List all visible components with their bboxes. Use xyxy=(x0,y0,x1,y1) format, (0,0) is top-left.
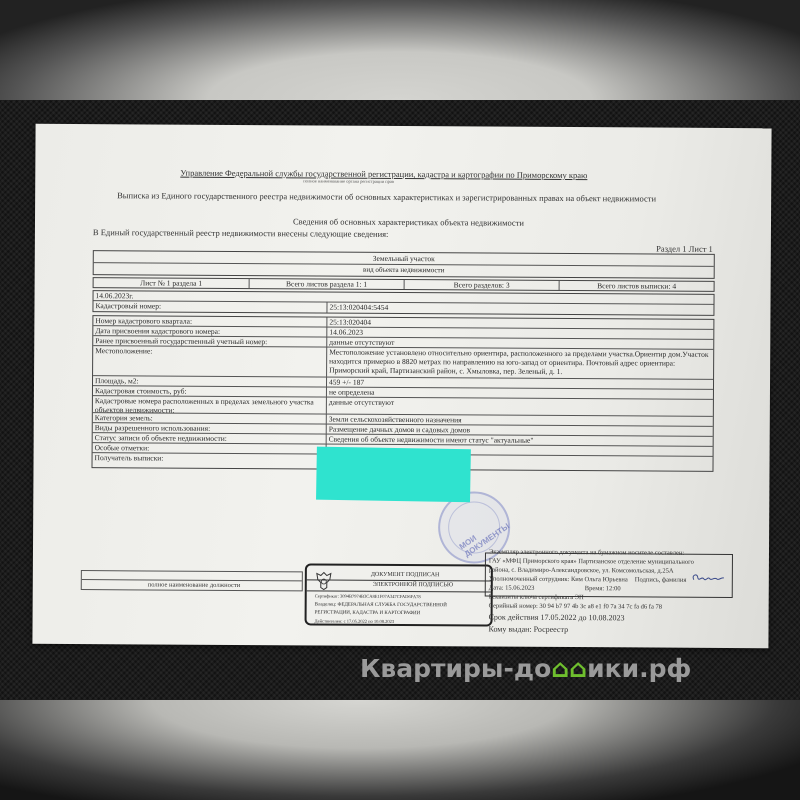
field-label: Особые отметки: xyxy=(93,443,326,453)
sig-validity: Действителен: с 17.05.2022 по 10.08.2023 xyxy=(315,618,395,623)
sig-line1: ДОКУМЕНТ ПОДПИСАН xyxy=(371,572,440,578)
sheets-in-section: Всего листов раздела 1: 1 xyxy=(249,279,404,289)
cadastral-number-label: Кадастровый номер: xyxy=(93,301,326,312)
cert-key-label: Реквизиты ключа сертификата ЭП xyxy=(489,594,584,602)
org-caption: полное наименование органа регистрации п… xyxy=(303,178,394,184)
paper-copy-certification: Экземпляр электронного документа на бума… xyxy=(484,549,733,651)
total-sheets: Всего листов выписки: 4 xyxy=(559,281,714,291)
background-bottom xyxy=(0,700,800,800)
sig-owner-1: Владелец: ФЕДЕРАЛЬНАЯ СЛУЖБА ГОСУДАРСТВЕ… xyxy=(315,602,447,608)
field-value: Местоположение установлено относительно … xyxy=(326,348,713,379)
table-row: Местоположение:Местоположение установлен… xyxy=(93,346,713,380)
field-label: Кадастровая стоимость, руб: xyxy=(93,386,326,396)
total-sections: Всего разделов: 3 xyxy=(404,280,559,290)
sig-owner-2: РЕГИСТРАЦИИ, КАДАСТРА И КАРТОГРАФИИ xyxy=(315,610,421,616)
site-watermark: Квартиры-до⌂⌂ики.рф xyxy=(360,654,800,690)
field-label: Кадастровые номера расположенных в преде… xyxy=(93,396,326,413)
field-label: Статус записи об объекте недвижимости: xyxy=(93,433,326,443)
field-label: Местоположение: xyxy=(93,346,326,376)
section-title: Сведения об основных характеристиках объ… xyxy=(293,216,524,227)
field-label: Номер кадастрового квартала: xyxy=(93,316,326,326)
redaction-block xyxy=(316,447,471,503)
house-logo-icon: ⌂⌂ xyxy=(551,654,587,683)
field-label: Ранее присвоенный государственный учетны… xyxy=(93,336,326,346)
field-label: Категория земель: xyxy=(93,413,326,423)
document-sheet: Управление Федеральной службы государств… xyxy=(32,124,771,648)
watermark-text-end: ики.рф xyxy=(587,654,691,683)
section-ref: Раздел 1 Лист 1 xyxy=(656,244,713,254)
sheet-number: Лист № 1 раздела 1 xyxy=(94,278,249,288)
cert-line4: Уполномоченный сотрудник: Ким Ольга Юрье… xyxy=(489,576,628,584)
e-signature-stamp: ДОКУМЕНТ ПОДПИСАН ЭЛЕКТРОННОЙ ПОДПИСЬЮ С… xyxy=(305,563,493,626)
background-top xyxy=(0,0,800,100)
watermark-text-start: Квартиры-до xyxy=(360,654,551,683)
cert-issued-to: Кому выдан: Росреестр xyxy=(488,625,568,634)
sig-certificate: Сертификат: 3094B7974B3CA8E1F07A347CFAD6… xyxy=(315,593,421,599)
cert-time: Время: 12:00 xyxy=(585,585,621,592)
cert-line2: ГАУ «МФЦ Приморского края» Партизанское … xyxy=(489,558,694,566)
cert-signature-label: Подпись, фамилия xyxy=(635,576,687,583)
field-label: Виды разрешенного использования: xyxy=(93,423,326,433)
cert-line3: района, с. Владимиро-Александровское, ул… xyxy=(489,567,674,575)
handwritten-signature-icon xyxy=(690,572,728,586)
field-label: Площадь, м2: xyxy=(93,376,326,386)
cert-date: Дата: 15.06.2023 xyxy=(489,585,535,592)
field-label: Дата присвоения кадастрового номера: xyxy=(93,326,326,336)
sig-line2: ЭЛЕКТРОННОЙ ПОДПИСЬЮ xyxy=(373,582,453,588)
object-type-box: Земельный участок вид объекта недвижимос… xyxy=(93,250,715,279)
sig-divider xyxy=(307,590,491,592)
cert-validity: Срок действия 17.05.2022 до 10.08.2023 xyxy=(489,613,625,623)
cert-serial: Серийный номер: 30 94 b7 97 4b 3c a8 e1 … xyxy=(489,603,662,611)
intro-text: В Единый государственный реестр недвижим… xyxy=(93,227,389,239)
field-label: Получатель выписки: xyxy=(93,453,326,464)
cadastral-number: 25:13:020404:5454 xyxy=(326,303,713,315)
position-box: полное наименование должности xyxy=(81,570,303,591)
position-caption: полное наименование должности xyxy=(148,581,240,589)
field-value: данные отсутствуют xyxy=(326,398,713,416)
date-cadastral-box: 14.06.2023г. Кадастровый номер: 25:13:02… xyxy=(92,290,714,316)
extract-title: Выписка из Единого государственного реес… xyxy=(117,190,656,203)
